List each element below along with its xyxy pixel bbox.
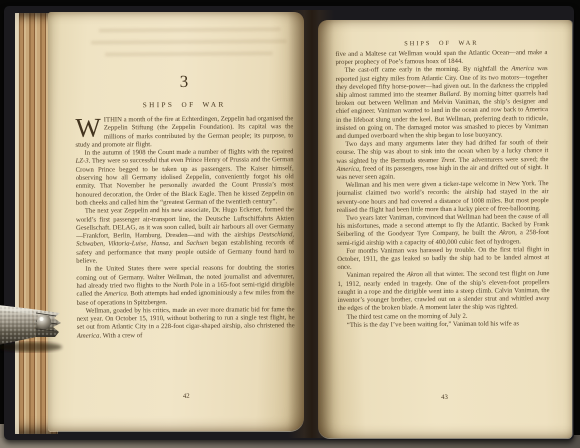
left-page: 3 SHIPS OF WAR WITHIN a month of the fir… <box>48 12 304 431</box>
paragraph: Vaniman repaired the Akron all that wint… <box>337 271 549 314</box>
page-fore-edge-highlight <box>15 13 19 434</box>
page-number-left: 42 <box>77 392 295 401</box>
chapter-title: SHIPS OF WAR <box>75 100 293 110</box>
paragraph: For months Vaniman was harassed by troub… <box>337 246 549 272</box>
paragraph: In the United States there were special … <box>76 265 294 308</box>
opening-text: ITHIN a month of the fire at Echterdinge… <box>75 115 293 148</box>
paragraph: Two days and many arguments later they h… <box>336 139 548 182</box>
running-header: SHIPS OF WAR <box>335 39 547 48</box>
paragraph: Wellman, goaded by his critics, made an … <box>77 306 295 341</box>
paragraph: In the autumn of 1908 the Count made a n… <box>75 148 293 208</box>
silver-bookmark <box>0 297 66 353</box>
paragraph: The next year Zeppelin and his new assoc… <box>76 206 294 266</box>
right-page-text: five and a Maltese cat Wellman would spa… <box>335 49 550 397</box>
paragraph: The cast-off came early in the morning. … <box>336 66 549 142</box>
paragraph: Two years later Vaniman, convinced that … <box>337 213 549 248</box>
right-page: SHIPS OF WAR five and a Maltese cat Well… <box>318 20 572 438</box>
page-number-right: 43 <box>338 393 550 402</box>
paragraph: five and a Maltese cat Wellman would spa… <box>335 49 547 67</box>
paragraph: “This is the day I’ve been waiting for,”… <box>338 320 550 330</box>
photo-of-open-book: 3 SHIPS OF WAR WITHIN a month of the fir… <box>0 0 580 448</box>
show-through-text <box>105 51 273 56</box>
silver-bookmark-graphic <box>0 297 66 353</box>
paragraph: WITHIN a month of the fire at Echterding… <box>75 115 293 150</box>
chapter-number: 3 <box>75 71 293 93</box>
left-page-text: WITHIN a month of the fire at Echterding… <box>75 115 295 395</box>
show-through-text <box>91 39 287 44</box>
drop-cap: W <box>75 118 101 141</box>
show-through-text <box>99 27 281 32</box>
paragraph: Wellman and his men were given a ticker-… <box>337 180 549 215</box>
